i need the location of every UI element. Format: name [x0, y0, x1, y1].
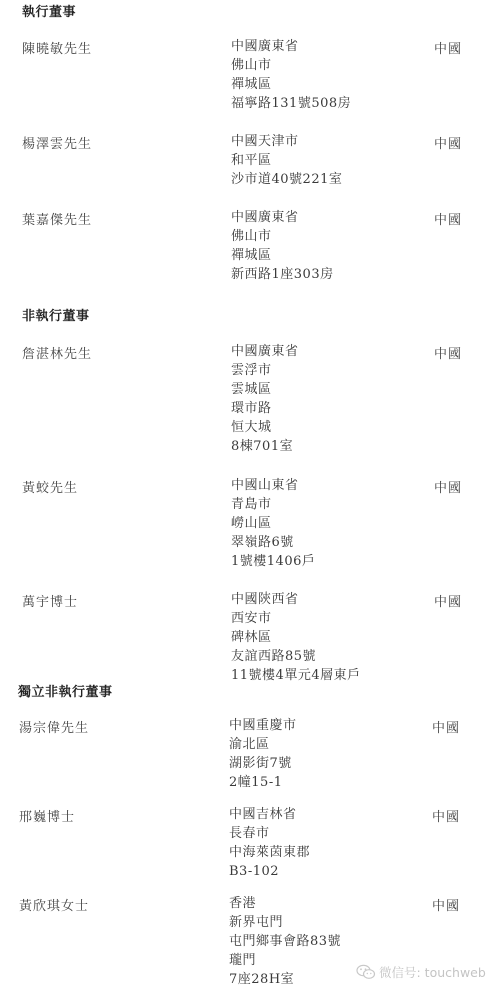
address-line: 中國廣東省 — [231, 37, 351, 56]
address-line: 青島市 — [231, 495, 315, 514]
address-line: 長春市 — [229, 824, 310, 843]
director-address: 中國廣東省 雲浮市 雲城區 環市路 恒大城 8棟701室 — [231, 342, 299, 456]
wechat-watermark: 微信号: touchweb — [356, 963, 486, 981]
director-name: 黃欣琪女士 — [19, 895, 89, 914]
address-line: 渝北區 — [229, 735, 297, 754]
address-line: 中國陝西省 — [231, 590, 361, 609]
address-line: 8棟701室 — [231, 437, 299, 456]
director-address: 中國山東省 青島市 嶗山區 翠嶺路6號 1號樓1406戶 — [231, 476, 315, 571]
address-line: 中國重慶市 — [229, 716, 297, 735]
director-name: 陳曉敏先生 — [22, 38, 92, 57]
director-nationality: 中國 — [432, 895, 460, 914]
address-line: 沙市道40號221室 — [231, 170, 342, 189]
director-nationality: 中國 — [434, 591, 462, 610]
director-address: 中國天津市 和平區 沙市道40號221室 — [231, 132, 342, 189]
address-line: 和平區 — [231, 151, 342, 170]
address-line: 1號樓1406戶 — [231, 552, 315, 571]
address-line: 雲浮市 — [231, 361, 299, 380]
address-line: 11號樓4單元4層東戶 — [231, 666, 361, 681]
watermark-text: 微信号: touchweb — [379, 963, 486, 981]
address-line: 環市路 — [231, 399, 299, 418]
director-name: 邢巍博士 — [19, 806, 75, 825]
address-line: 湖影街7號 — [229, 754, 297, 773]
director-nationality: 中國 — [434, 343, 462, 362]
director-nationality: 中國 — [434, 477, 462, 496]
wechat-icon — [356, 964, 376, 980]
director-address: 中國吉林省 長春市 中海萊茵東郡 B3-102 — [229, 805, 310, 881]
director-nationality: 中國 — [434, 38, 462, 57]
section-heading-executive-directors: 執行董事 — [22, 1, 76, 20]
director-nationality: 中國 — [434, 133, 462, 152]
address-line: 中國廣東省 — [231, 342, 299, 361]
address-line: B3-102 — [229, 862, 310, 881]
director-address: 中國陝西省 西安市 碑林區 友誼西路85號 11號樓4單元4層東戶 — [231, 590, 361, 681]
address-line: 中國山東省 — [231, 476, 315, 495]
address-line: 新界屯門 — [229, 913, 341, 932]
address-line: 佛山市 — [231, 56, 351, 75]
director-name: 詹湛林先生 — [22, 343, 92, 362]
address-line: 2幢15-1 — [229, 773, 297, 792]
address-line: 屯門鄉事會路83號 — [229, 932, 341, 951]
address-line: 中國廣東省 — [231, 208, 334, 227]
director-nationality: 中國 — [432, 806, 460, 825]
address-line: 中國天津市 — [231, 132, 342, 151]
address-line: 新西路1座303房 — [231, 265, 334, 284]
director-name: 葉嘉傑先生 — [22, 209, 92, 228]
director-address: 香港 新界屯門 屯門鄉事會路83號 瓏門 7座28H室 — [229, 894, 341, 989]
upper-page-region: 執行董事 陳曉敏先生 中國廣東省 佛山市 禪城區 福寧路131號508房 中國 … — [0, 0, 500, 681]
director-name: 黃蛟先生 — [22, 477, 78, 496]
address-line: 碑林區 — [231, 628, 361, 647]
address-line: 瓏門 — [229, 951, 341, 970]
section-heading-non-executive-directors: 非執行董事 — [22, 305, 90, 324]
address-line: 中國吉林省 — [229, 805, 310, 824]
address-line: 香港 — [229, 894, 341, 913]
section-heading-independent-non-executive-directors: 獨立非執行董事 — [18, 681, 113, 700]
address-line: 恒大城 — [231, 418, 299, 437]
director-nationality: 中國 — [432, 717, 460, 736]
address-line: 雲城區 — [231, 380, 299, 399]
director-address: 中國廣東省 佛山市 禪城區 福寧路131號508房 — [231, 37, 351, 113]
director-name: 湯宗偉先生 — [19, 717, 89, 736]
address-line: 禪城區 — [231, 75, 351, 94]
address-line: 禪城區 — [231, 246, 334, 265]
address-line: 7座28H室 — [229, 970, 341, 989]
director-name: 萬宇博士 — [22, 591, 78, 610]
address-line: 友誼西路85號 — [231, 647, 361, 666]
director-address: 中國重慶市 渝北區 湖影街7號 2幢15-1 — [229, 716, 297, 792]
address-line: 佛山市 — [231, 227, 334, 246]
director-address: 中國廣東省 佛山市 禪城區 新西路1座303房 — [231, 208, 334, 284]
director-nationality: 中國 — [434, 209, 462, 228]
address-line: 西安市 — [231, 609, 361, 628]
address-line: 福寧路131號508房 — [231, 94, 351, 113]
address-line: 中海萊茵東郡 — [229, 843, 310, 862]
address-line: 翠嶺路6號 — [231, 533, 315, 552]
director-name: 楊澤雲先生 — [22, 133, 92, 152]
address-line: 嶗山區 — [231, 514, 315, 533]
